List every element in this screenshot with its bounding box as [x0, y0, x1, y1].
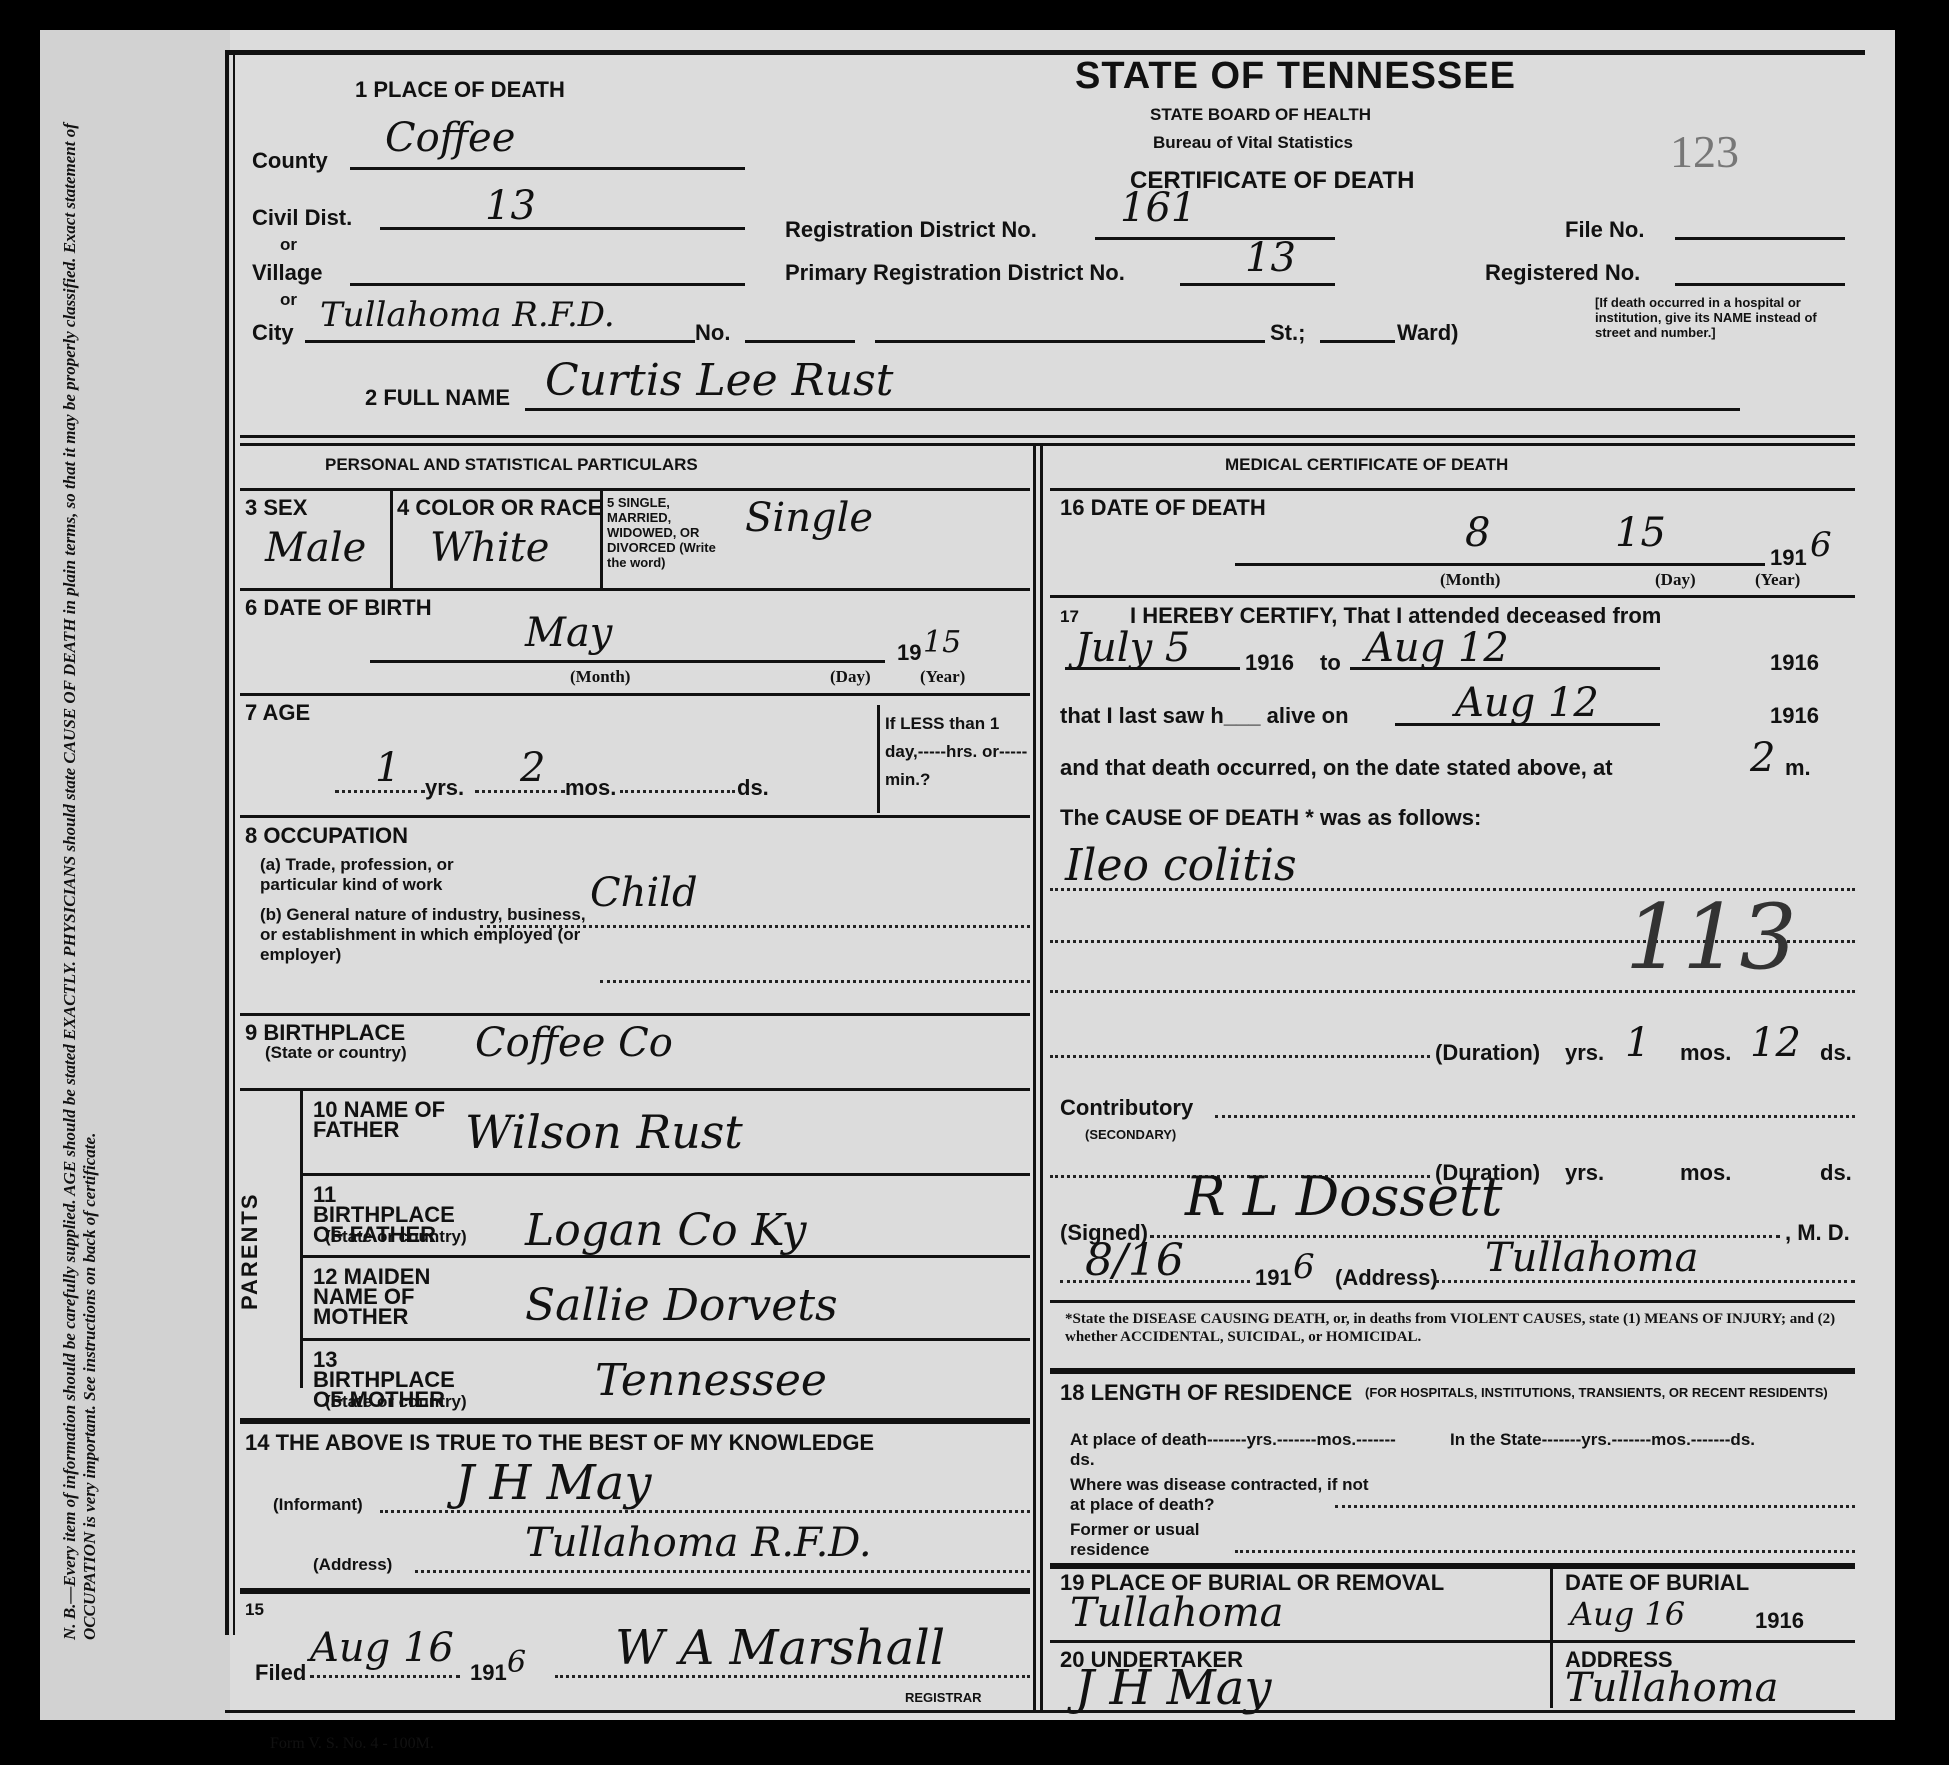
civil-dist-value: 13	[485, 183, 536, 229]
former-residence-label: Former or usual residence	[1070, 1520, 1230, 1560]
informant-value: J H May	[455, 1455, 652, 1511]
residence-in-state: In the State-------yrs.-------mos.------…	[1450, 1430, 1850, 1450]
age-years: 1	[375, 745, 400, 791]
column-divider	[1033, 443, 1036, 1713]
ward-label: Ward)	[1397, 320, 1459, 346]
occupation-a-label: (a) Trade, profession, or particular kin…	[260, 855, 490, 895]
primary-reg-label: Primary Registration District No.	[785, 260, 1125, 286]
death-year: 6	[1810, 525, 1832, 565]
stamp-number: 123	[1670, 125, 1739, 178]
cause-of-death-label: The CAUSE OF DEATH * was as follows:	[1060, 805, 1481, 831]
residence-at-place: At place of death-------yrs.-------mos.-…	[1070, 1430, 1410, 1470]
civil-dist-label: Civil Dist.	[252, 205, 352, 231]
occupation-label: 8 OCCUPATION	[245, 823, 408, 849]
hospital-note: [If death occurred in a hospital or inst…	[1595, 295, 1845, 340]
occurred-text: and that death occurred, on the date sta…	[1060, 755, 1613, 781]
last-saw-date: Aug 12	[1455, 680, 1599, 726]
death-certificate-form: STATE OF TENNESSEE STATE BOARD OF HEALTH…	[225, 55, 1865, 1690]
birthplace-value: Coffee Co	[475, 1020, 673, 1066]
reg-district-label: Registration District No.	[785, 217, 1037, 243]
age-label: 7 AGE	[245, 700, 310, 726]
dob-label: 6 DATE OF BIRTH	[245, 595, 432, 621]
parents-label: PARENTS	[237, 1193, 263, 1311]
attended-to-date: Aug 12	[1365, 625, 1509, 671]
race-label: 4 COLOR OR RACE	[397, 495, 602, 521]
cause-of-death-value: Ileo colitis	[1065, 840, 1297, 891]
cause-footnote: *State the DISEASE CAUSING DEATH, or, in…	[1065, 1310, 1845, 1346]
father-name-value: Wilson Rust	[465, 1105, 743, 1159]
filed-date: Aug 16	[310, 1625, 454, 1671]
father-name-label: 10 NAME OF FATHER	[313, 1100, 463, 1140]
primary-reg-value: 13	[1245, 235, 1296, 281]
registered-no-label: Registered No.	[1485, 260, 1640, 286]
informant-address-label: (Address)	[313, 1555, 392, 1575]
side-instructions: N. B.—Every item of information should b…	[60, 60, 100, 1640]
state-title: STATE OF TENNESSEE	[1075, 55, 1516, 98]
residence-label: 18 LENGTH OF RESIDENCE	[1060, 1380, 1352, 1406]
burial-place-value: Tullahoma	[1070, 1590, 1284, 1636]
contributory-label: Contributory	[1060, 1095, 1193, 1121]
form-number: Form V. S. No. 4 - 100M.	[270, 1735, 434, 1753]
frame-left	[225, 55, 229, 1635]
burial-date-label: DATE OF BURIAL	[1565, 1570, 1749, 1596]
informant-section-label: 14 THE ABOVE IS TRUE TO THE BEST OF MY K…	[245, 1430, 874, 1456]
frame-left-inner	[233, 55, 235, 1635]
duration-months: 1	[1625, 1020, 1650, 1066]
father-birthplace-value: Logan Co Ky	[525, 1205, 807, 1256]
full-name-label: 2 FULL NAME	[365, 385, 510, 411]
city-value: Tullahoma R.F.D.	[320, 295, 615, 335]
undertaker-value: J H May	[1075, 1660, 1272, 1716]
full-name-value: Curtis Lee Rust	[545, 355, 893, 406]
physician-address: Tullahoma	[1485, 1235, 1699, 1281]
file-no-label: File No.	[1565, 217, 1644, 243]
attended-from-date: July 5	[1075, 625, 1190, 671]
occurred-time: 2	[1750, 735, 1775, 781]
county-value: Coffee	[385, 115, 515, 161]
village-label: Village	[252, 260, 323, 286]
county-label: County	[252, 148, 328, 174]
frame-top	[225, 50, 1865, 55]
bureau-title: Bureau of Vital Statistics	[1153, 133, 1353, 153]
city-label: City	[252, 320, 294, 346]
duration-days: 12	[1750, 1020, 1801, 1066]
registrar-label: REGISTRAR	[905, 1690, 982, 1705]
date-of-death-label: 16 DATE OF DEATH	[1060, 495, 1266, 521]
physician-signature: R L Dossett	[1185, 1165, 1502, 1228]
personal-section-label: PERSONAL AND STATISTICAL PARTICULARS	[325, 455, 698, 475]
last-saw-text: that I last saw h___ alive on	[1060, 703, 1349, 729]
signed-date: 8/16	[1085, 1235, 1184, 1286]
burial-date-value: Aug 16	[1570, 1595, 1685, 1633]
medical-section-label: MEDICAL CERTIFICATE OF DEATH	[1225, 455, 1508, 475]
reg-district-value: 161	[1120, 185, 1196, 231]
informant-label: (Informant)	[273, 1495, 363, 1515]
race-value: White	[430, 525, 549, 571]
dob-month: May	[525, 610, 612, 656]
death-day: 15	[1615, 510, 1666, 556]
mother-name-value: Sallie Dorvets	[525, 1280, 838, 1331]
undertaker-address-value: Tullahoma	[1565, 1665, 1779, 1711]
cause-annotation: 113	[1625, 885, 1797, 990]
dob-year: 15	[923, 625, 961, 660]
informant-address-value: Tullahoma R.F.D.	[525, 1520, 872, 1566]
place-of-death-label: 1 PLACE OF DEATH	[355, 77, 565, 103]
occupation-a-value: Child	[590, 870, 698, 916]
registrar-signature: W A Marshall	[615, 1620, 945, 1676]
filed-label: Filed	[255, 1660, 306, 1686]
mother-birthplace-value: Tennessee	[595, 1355, 827, 1406]
mother-name-label: 12 MAIDEN NAME OF MOTHER	[313, 1267, 483, 1327]
marital-value: Single	[745, 495, 873, 541]
sex-label: 3 SEX	[245, 495, 307, 521]
less-than-day-label: If LESS than 1 day,-----hrs. or-----min.…	[885, 710, 1030, 794]
duration-label: (Duration)	[1435, 1040, 1540, 1066]
occupation-b-label: (b) General nature of industry, business…	[260, 905, 600, 965]
board-title: STATE BOARD OF HEALTH	[1150, 105, 1371, 125]
where-contracted-label: Where was disease contracted, if not at …	[1070, 1475, 1370, 1515]
age-months: 2	[520, 745, 545, 791]
death-month: 8	[1465, 510, 1490, 556]
sex-value: Male	[265, 525, 366, 571]
marital-label: 5 SINGLE, MARRIED, WIDOWED, OR DIVORCED …	[607, 495, 717, 570]
